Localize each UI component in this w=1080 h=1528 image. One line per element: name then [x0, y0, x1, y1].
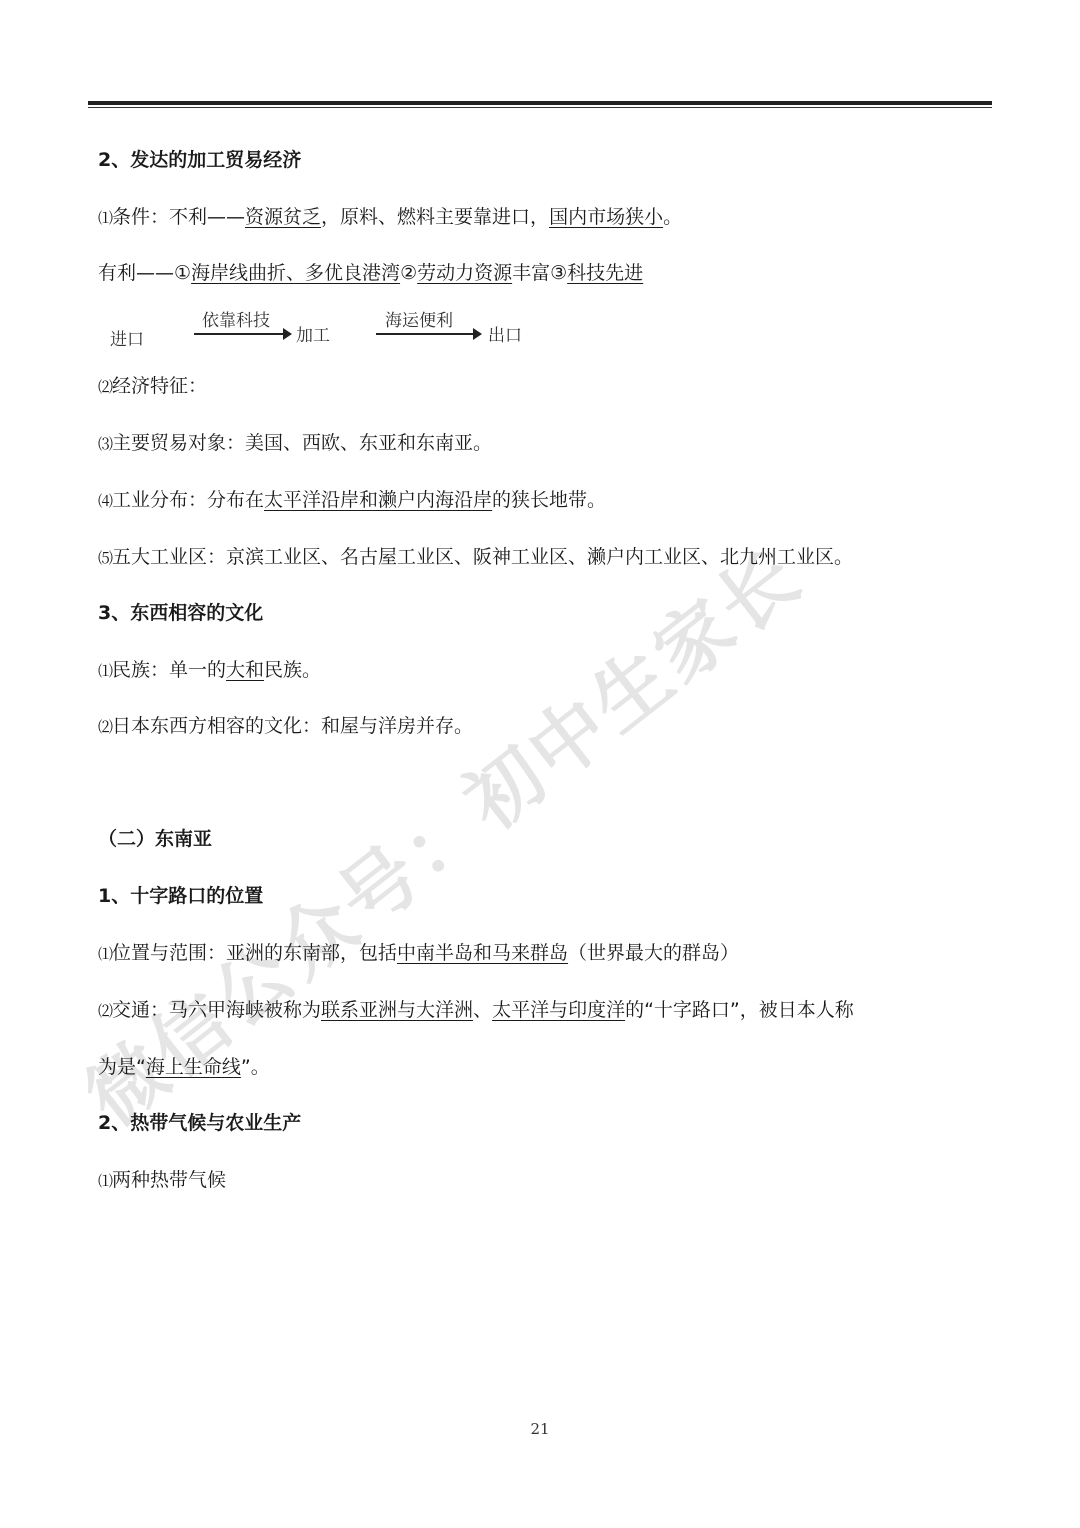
text: ② [400, 262, 417, 284]
arrow-right-icon [194, 333, 286, 335]
flow-start: 进口 [110, 325, 144, 350]
paragraph-culture: ⑵日本东西方相容的文化：和屋与洋房并存。 [98, 713, 473, 740]
text: 民族。 [264, 659, 321, 681]
page-number: 21 [0, 1420, 1080, 1438]
paragraph-location: ⑴位置与范围：亚洲的东南部，包括中南半岛和马来群岛（世界最大的群岛） [98, 940, 739, 967]
underlined-text: 科技先进 [567, 262, 643, 284]
text: 的狭长地带。 [492, 489, 606, 511]
part-heading: （二）东南亚 [98, 826, 212, 852]
text: 丰富③ [512, 262, 567, 284]
underlined-text: 海上生命线 [146, 1056, 241, 1078]
flow-arrow2-label: 海运便利 [385, 306, 453, 331]
item-number: ⑴ [98, 945, 112, 963]
item-number: ⑴ [98, 1172, 112, 1190]
underlined-text: 国内市场狭小 [549, 206, 663, 228]
paragraph-transport-continued: 为是“海上生命线”。 [98, 1054, 270, 1080]
section-heading: 3、东西相容的文化 [98, 600, 263, 626]
text: 经济特征： [112, 375, 207, 397]
underlined-text: 大和 [226, 659, 264, 681]
text: 主要贸易对象：美国、西欧、东亚和东南亚。 [112, 432, 492, 454]
text: （世界最大的群岛） [568, 942, 739, 964]
flow-end: 出口 [488, 321, 522, 346]
text: 日本东西方相容的文化：和屋与洋房并存。 [112, 715, 473, 737]
item-number: ⑸ [98, 549, 112, 567]
text: 五大工业区：京滨工业区、名古屋工业区、阪神工业区、濑户内工业区、北九州工业区。 [112, 546, 853, 568]
text: ”。 [241, 1056, 270, 1078]
paragraph-transport: ⑵交通：马六甲海峡被称为联系亚洲与大洋洲、太平洋与印度洋的“十字路口”，被日本人… [98, 997, 854, 1024]
text: 位置与范围：亚洲的东南部，包括 [112, 942, 397, 964]
arrow-right-icon [376, 333, 476, 335]
text: 民族：单一的 [112, 659, 226, 681]
text: ，原料、燃料主要靠进口， [321, 206, 549, 228]
section-heading: 2、发达的加工贸易经济 [98, 147, 301, 173]
underlined-text: 太平洋沿岸和濑户内海沿岸 [264, 489, 492, 511]
underlined-text: 资源贫乏 [245, 206, 321, 228]
item-number: ⑵ [98, 718, 112, 736]
section-heading: 2、热带气候与农业生产 [98, 1110, 301, 1136]
text: 的“十字路口”，被日本人称 [625, 999, 854, 1021]
item-number: ⑶ [98, 435, 112, 453]
item-number: ⑵ [98, 1002, 112, 1020]
text: 交通：马六甲海峡被称为 [112, 999, 321, 1021]
text: 两种热带气候 [112, 1169, 226, 1191]
paragraph-trade-partners: ⑶主要贸易对象：美国、西欧、东亚和东南亚。 [98, 430, 492, 457]
text: 为是“ [98, 1056, 146, 1078]
item-number: ⑷ [98, 492, 112, 510]
paragraph-industrial-zones: ⑸五大工业区：京滨工业区、名古屋工业区、阪神工业区、濑户内工业区、北九州工业区。 [98, 544, 853, 571]
text: 工业分布：分布在 [112, 489, 264, 511]
paragraph-conditions: ⑴条件：不利——资源贫乏，原料、燃料主要靠进口，国内市场狭小。 [98, 204, 682, 231]
item-number: ⑴ [98, 662, 112, 680]
text: 有利——① [98, 262, 191, 284]
item-number: ⑵ [98, 378, 112, 396]
flow-middle: 加工 [296, 321, 330, 346]
paragraph-economy: ⑵经济特征： [98, 373, 207, 400]
underlined-text: 太平洋与印度洋 [492, 999, 625, 1021]
header-rule-thin [88, 107, 992, 108]
paragraph-climate: ⑴两种热带气候 [98, 1167, 226, 1194]
underlined-text: 海岸线曲折、多优良港湾 [191, 262, 400, 284]
paragraph-advantages: 有利——①海岸线曲折、多优良港湾②劳动力资源丰富③科技先进 [98, 260, 643, 286]
text: 、 [473, 999, 492, 1021]
item-number: ⑴ [98, 209, 112, 227]
flow-arrow1-label: 依靠科技 [202, 306, 270, 331]
text: 条件：不利—— [112, 206, 245, 228]
underlined-text: 劳动力资源 [417, 262, 512, 284]
section-heading: 1、十字路口的位置 [98, 883, 263, 909]
underlined-text: 中南半岛和马来群岛 [397, 942, 568, 964]
underlined-text: 联系亚洲与大洋洲 [321, 999, 473, 1021]
header-rule-thick [88, 101, 992, 105]
text: 。 [663, 206, 682, 228]
process-flow-diagram: 进口 依靠科技 加工 海运便利 出口 [98, 300, 558, 350]
paragraph-ethnicity: ⑴民族：单一的大和民族。 [98, 657, 321, 684]
paragraph-industry-distribution: ⑷工业分布：分布在太平洋沿岸和濑户内海沿岸的狭长地带。 [98, 487, 606, 514]
